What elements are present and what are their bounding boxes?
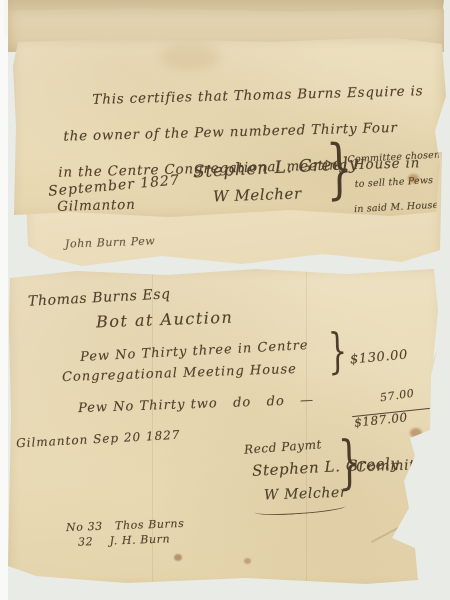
middle-note-text: John Burn Pew bbox=[65, 234, 156, 250]
certificate-side-note-line: to sell the Pews bbox=[355, 174, 448, 190]
receipt-signature-melcher: W Melcher bbox=[264, 485, 348, 504]
certificate-side-note: Committee chosen to sell the Pews in sai… bbox=[347, 150, 442, 188]
stain bbox=[410, 428, 422, 438]
receipt-paper: Thomas Burns Esq Bot at Auction Pew No T… bbox=[6, 266, 444, 590]
fold-crease-vertical-2 bbox=[306, 268, 307, 582]
receipt-item2: Pew No Thirty two do do — bbox=[78, 393, 315, 416]
receipt-pew-list-line2: 32 J. H. Burn bbox=[78, 532, 171, 548]
receipt-item2-amount: 57.00 bbox=[379, 387, 415, 405]
stain bbox=[244, 558, 251, 564]
receipt-total: $187.00 bbox=[353, 410, 408, 430]
receipt-heading: Bot at Auction bbox=[96, 308, 234, 332]
certificate-signature-melcher: W Melcher bbox=[213, 184, 302, 205]
document-scan: Thomas Burns Esq Bot at Auction Pew No T… bbox=[0, 0, 450, 600]
certificate-body-line: the owner of the Pew numbered Thirty Fou… bbox=[63, 119, 433, 145]
stain bbox=[174, 554, 182, 561]
receipt-addressee: Thomas Burns Esq bbox=[28, 286, 171, 309]
certificate-body-line: This certifies that Thomas Burns Esquire… bbox=[92, 82, 450, 108]
certificate-side-note-line: Committee chosen bbox=[347, 150, 440, 166]
receipt-item1-amount: $130.00 bbox=[349, 348, 408, 368]
stain bbox=[160, 44, 220, 70]
tear-crease-diagonal bbox=[371, 515, 421, 543]
receipt-place-date: Gilmanton Sep 20 1827 bbox=[16, 428, 181, 451]
receipt-item1-brace: } bbox=[327, 328, 347, 377]
receipt-committee-label: Committee bbox=[356, 457, 440, 476]
receipt-received-note: Recd Paymt bbox=[244, 437, 323, 456]
certificate-paper: This certifies that Thomas Burns Esquire… bbox=[10, 36, 446, 220]
certificate-body: This certifies that Thomas Burns Esquire… bbox=[54, 83, 426, 157]
receipt-item1-line2: Congregational Meeting House bbox=[62, 362, 297, 385]
receipt-item1-line1: Pew No Thirty three in Centre bbox=[80, 338, 309, 365]
